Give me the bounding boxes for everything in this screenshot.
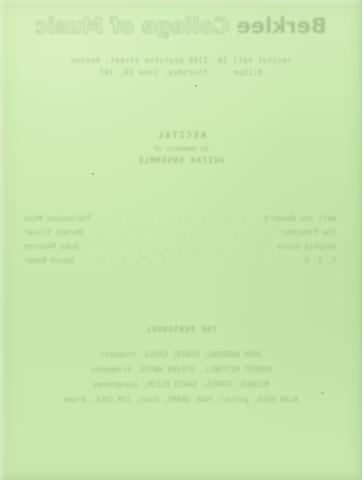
composer-name: David Baker <box>24 256 74 265</box>
dot-leader: . . . . . . . . . . . . . . . . . . . . … <box>82 242 273 251</box>
paper-speck <box>321 392 324 394</box>
personnel-line: ROBERT MITCHELL, STEVEN HAYES, trombones <box>0 365 362 374</box>
title-line-1: RECITAL <box>0 131 362 141</box>
piece-title: The Preacher <box>282 228 336 237</box>
program-row: Well You Needn't . . . . . . . . . . . .… <box>24 214 336 223</box>
program-row: The Preacher . . . . . . . . . . . . . .… <box>24 228 336 237</box>
piece-title: Well You Needn't <box>264 214 336 223</box>
title-line-2: by members of <box>0 145 362 153</box>
bleedthrough-ink-layer: Berklee College of Music recital hall 1A… <box>0 0 362 480</box>
college-logo: Berklee College of Music <box>0 14 362 38</box>
title-line-3: GUITAR ENSEMBLE <box>0 156 362 165</box>
personnel-list: JOHN ANDREWS, DANIEL CROSS, trumpets ROB… <box>0 350 362 410</box>
dot-leader: . . . . . . . . . . . . . . . . . . . . … <box>87 228 278 237</box>
scanned-program-page: Berklee College of Music recital hall 1A… <box>0 0 362 480</box>
time-text: 8:15pm <box>233 68 263 77</box>
personnel-line: MICHAEL TORRES, DAVID KLEIN, saxophones <box>0 380 362 389</box>
address-line: recital hall 1A, 1140 boylston street, b… <box>0 56 362 65</box>
logo-word-berklee: Berklee <box>237 14 327 38</box>
date-text: thursday, june 19, 197 <box>99 68 207 77</box>
personnel-line: ALAN REED, guitar; PAUL GRANT, bass; JIM… <box>0 395 362 404</box>
date-time-line: 8:15pm thursday, june 19, 197 <box>0 68 362 77</box>
composer-name: Duke Pearson <box>24 242 78 251</box>
paper-speck <box>92 173 94 175</box>
piece-title: F. S. R. <box>300 256 336 265</box>
title-block: RECITAL by members of GUITAR ENSEMBLE <box>0 131 362 165</box>
piece-title: Delphia Suite <box>277 242 336 251</box>
logo-words-college-of-music: College of Music <box>35 14 236 38</box>
composer-name: Thelonious Monk <box>24 214 92 223</box>
personnel-line: JOHN ANDREWS, DANIEL CROSS, trumpets <box>0 350 362 359</box>
program-list: Well You Needn't . . . . . . . . . . . .… <box>24 214 336 270</box>
program-row: Delphia Suite . . . . . . . . . . . . . … <box>24 242 336 251</box>
personnel-heading: THE PERSONNEL <box>0 325 362 334</box>
dot-leader: . . . . . . . . . . . . . . . . . . . . … <box>96 214 260 223</box>
paper-speck <box>195 85 197 87</box>
composer-name: Horace Silver <box>24 228 83 237</box>
dot-leader: . . . . . . . . . . . . . . . . . . . . … <box>78 256 296 265</box>
program-row: F. S. R. . . . . . . . . . . . . . . . .… <box>24 256 336 265</box>
